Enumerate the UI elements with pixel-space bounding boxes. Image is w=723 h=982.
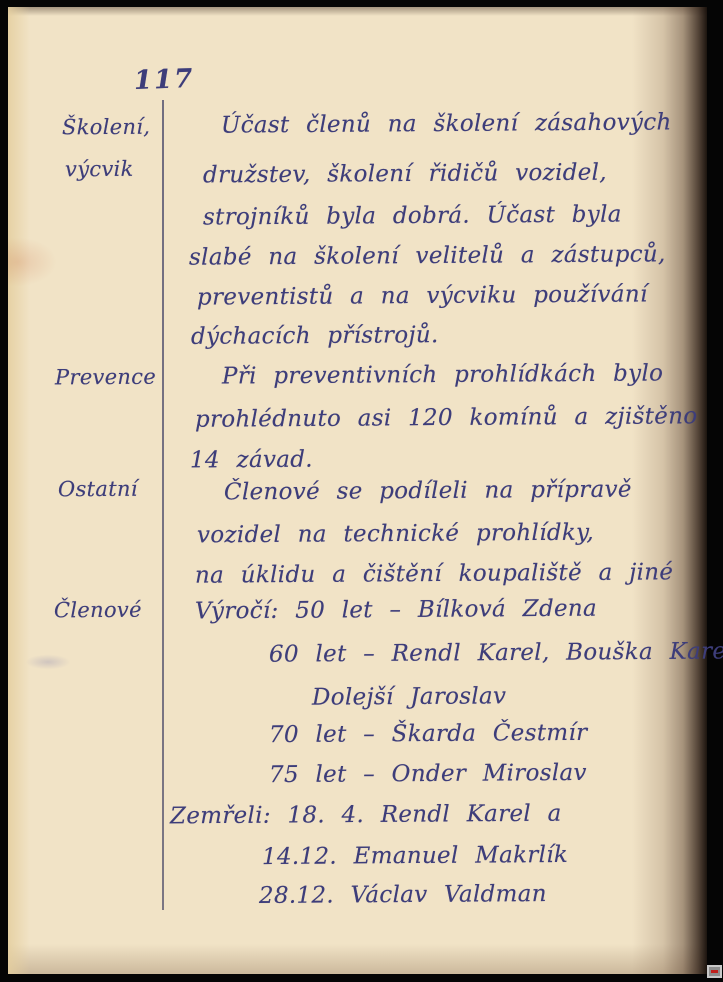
scanned-page-frame: 117 Školení, výcvik Prevence Ostatní Čle… [0,0,723,982]
margin-label-skoleni: Školení, [62,115,150,140]
margin-label-ostatni: Ostatní [58,477,138,502]
body-line-8: prohlédnuto asi 120 komínů a zjištěno [195,403,698,433]
watermark-red-bar [711,970,718,973]
body-line-9: 14 závad. [190,447,313,474]
body-line-17: 75 let – Onder Miroslav [269,760,587,788]
body-line-3: strojníků byla dobrá. Účast byla [203,202,622,231]
margin-label-vycvik: výcvik [65,157,134,181]
body-line-19: 14.12. Emanuel Makrlík [262,842,568,870]
body-line-5: preventistů a na výcviku používání [197,281,648,310]
body-line-1: Účast členů na školení zásahových [221,109,672,138]
body-line-20: 28.12. Václav Valdman [259,881,547,909]
body-line-13: Výročí: 50 let – Bílková Zdena [195,596,597,625]
body-line-4: slabé na školení velitelů a zástupců, [189,241,666,270]
body-line-16: 70 let – Škarda Čestmír [269,720,588,748]
body-line-6: dýchacích přístrojů. [191,322,439,350]
page-number: 117 [133,64,194,96]
red-bar-watermark-icon [707,965,722,978]
body-line-2: družstev, školení řidičů vozidel, [203,160,607,189]
margin-label-prevence: Prevence [55,365,156,390]
margin-rule-line [162,100,164,910]
body-line-14: 60 let – Rendl Karel, Bouška Karel, [269,638,723,667]
body-line-7: Při preventivních prohlídkách bylo [222,360,663,389]
body-line-10: Členové se podíleli na přípravě [224,477,632,506]
body-line-18: Zemřeli: 18. 4. Rendl Karel a [170,801,562,830]
body-line-15: Dolejší Jaroslav [312,683,506,710]
notebook-page: 117 Školení, výcvik Prevence Ostatní Čle… [8,7,707,974]
margin-label-clenove: Členové [54,598,142,623]
body-line-12: na úklidu a čištění koupaliště a jiné [195,559,673,588]
body-line-11: vozidel na technické prohlídky, [197,520,594,549]
